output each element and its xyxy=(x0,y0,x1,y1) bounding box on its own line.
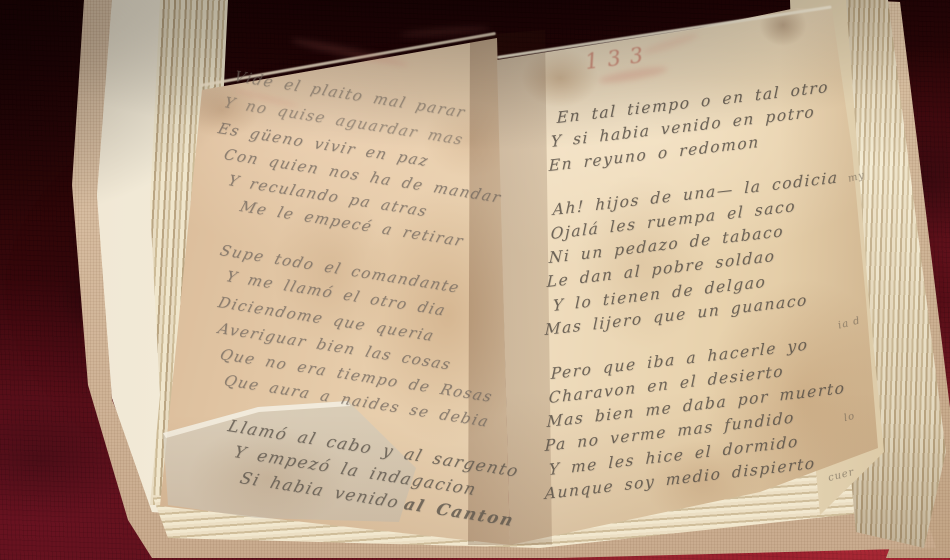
right-stanza-2: Ah! hijos de una— la codicia Ojalá les r… xyxy=(545,200,875,344)
left-stanza-1: Vide el plaito mal parar Y no quise agua… xyxy=(218,66,518,222)
right-page-text: En tal tiempo o en tal otro Y si habia v… xyxy=(545,108,875,508)
right-stanza-3: Pero que iba a hacerle yo Charavon en el… xyxy=(545,364,875,508)
left-stanza-2: Supe todo el comandante Y me llamó el ot… xyxy=(218,240,518,396)
manuscript-photo: 133 Vide el plaito mal parar Y no quise … xyxy=(0,0,950,560)
left-page-text: Vide el plaito mal parar Y no quise agua… xyxy=(218,66,518,494)
